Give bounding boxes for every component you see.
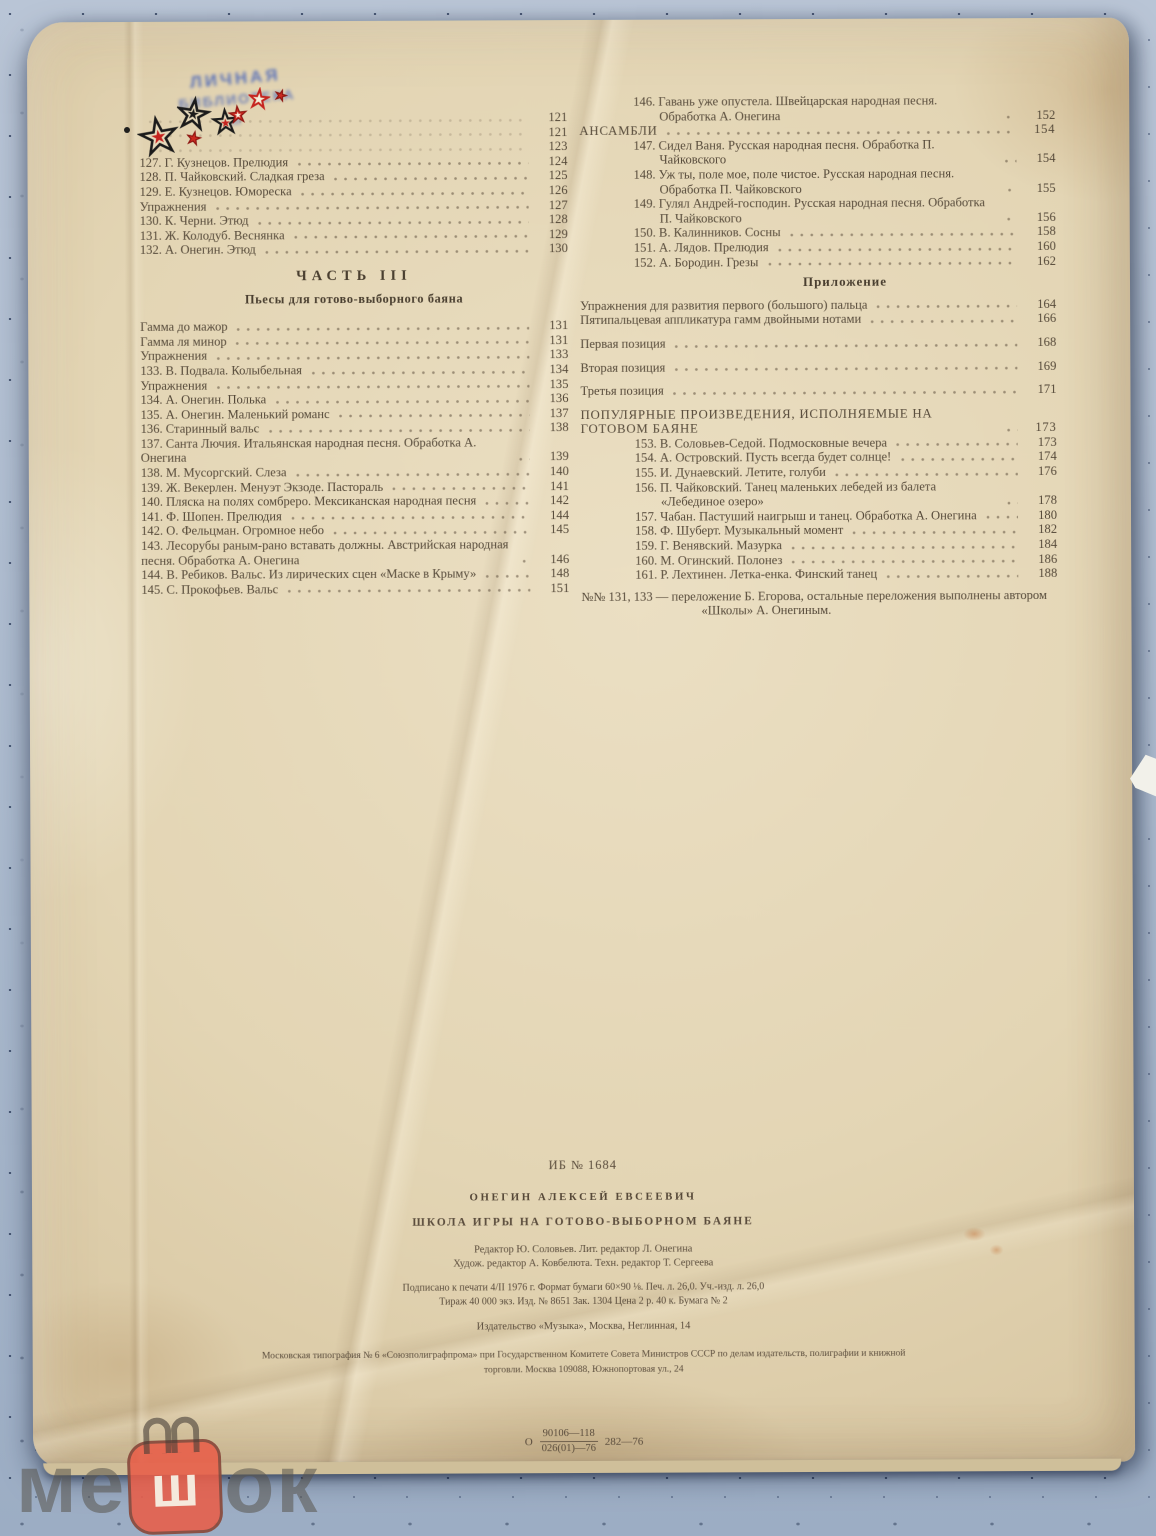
- toc-entry-text: 145. С. Прокофьев. Вальс: [141, 582, 278, 597]
- imprint-line: Издательство «Музыка», Москва, Неглинная…: [184, 1318, 984, 1335]
- imprint-line: ОНЕГИН АЛЕКСЕЙ ЕВСЕЕВИЧ: [183, 1188, 983, 1205]
- toc-entry-text: Гамма ля минор: [140, 334, 226, 349]
- toc-entry-text: Упражнения: [140, 378, 207, 393]
- book-page: 121 121 123 127. Г. Кузнецов. Прелюдия 1…: [27, 18, 1135, 1467]
- toc-entry-page: 169: [1022, 358, 1056, 373]
- imprint-line: Московская типография № 6 «Союзполиграфп…: [254, 1347, 914, 1379]
- toc-entry-text: 137. Санта Лючия. Итальянская народная п…: [141, 435, 510, 466]
- toc-entry-text: ПОПУЛЯРНЫЕ ПРОИЗВЕДЕНИЯ, ИСПОЛНЯЕМЫЕ НА …: [581, 406, 999, 437]
- dot-leader: [673, 390, 1018, 396]
- dot-leader: [148, 147, 528, 153]
- toc-entry-page: 156: [1022, 210, 1056, 225]
- toc-entry-text: 152. А. Бородин. Грезы: [580, 255, 759, 270]
- toc-entry-page: 140: [535, 464, 569, 479]
- imprint-line-text: ИБ № 1684: [549, 1158, 617, 1172]
- imprint-line: Худож. редактор А. Ковбелюта. Техн. реда…: [183, 1255, 983, 1272]
- dot-leader: [790, 232, 1017, 237]
- dot-leader: [778, 247, 1017, 252]
- toc-entry: Пьесы для готово-выборного баяна: [140, 291, 568, 307]
- dot-leader: [675, 343, 1018, 348]
- toc-entry-text: 151. А. Лядов. Прелюдия: [580, 240, 769, 255]
- code-fraction: 90106—118 026(01)—76: [540, 1428, 598, 1455]
- watermark-text-bag: ш: [150, 1457, 200, 1517]
- shopping-bag-icon: ш: [127, 1438, 224, 1535]
- dot-leader: [265, 249, 529, 254]
- toc-entry-text: 146. Гавань уже опустела. Швейцарская на…: [579, 93, 997, 124]
- dot-leader: [1006, 115, 1016, 119]
- dot-leader: [275, 399, 529, 404]
- toc-entry-page: 131: [534, 333, 568, 348]
- toc-entry: 161. Р. Лехтинен. Летка-енка. Финский та…: [581, 566, 1057, 583]
- toc-entry-page: 135: [534, 377, 568, 392]
- dot-leader: [870, 319, 1017, 324]
- toc-entry-page: 180: [1023, 508, 1057, 523]
- cursor-arrow-icon: [1130, 752, 1156, 798]
- dot-leader: [791, 545, 1018, 550]
- toc-entry: 137. Санта Лючия. Итальянская народная п…: [141, 435, 569, 466]
- dot-leader: [852, 530, 1018, 535]
- dot-leader: [886, 574, 1018, 579]
- dot-leader: [1007, 501, 1018, 505]
- dot-leader: [237, 326, 530, 331]
- dot-leader: [296, 472, 530, 477]
- dot-leader: [1007, 428, 1018, 432]
- dot-leader: [791, 559, 1018, 564]
- dot-leader: [667, 130, 1017, 136]
- toc-entry-text: Упражнения для развития первого (большог…: [580, 297, 867, 313]
- toc-entry-page: 154: [1021, 151, 1055, 166]
- bag-handles: [143, 1416, 200, 1452]
- toc-entry-page: 130: [534, 241, 568, 256]
- toc-entry-text: Вторая позиция: [580, 360, 665, 375]
- imprint-line: Тираж 40 000 экз. Изд. № 8651 Зак. 1304 …: [183, 1293, 983, 1310]
- toc-entry-page: 129: [534, 227, 568, 242]
- toc-entry: 147. Сидел Ваня. Русская народная песня.…: [579, 137, 1055, 168]
- imprint-line-text: Подписано к печати 4/II 1976 г. Формат б…: [402, 1281, 764, 1294]
- toc-entry-page: 160: [1022, 239, 1056, 254]
- toc-entry: 146. Гавань уже опустела. Швейцарская на…: [579, 93, 1055, 124]
- toc-entry-text: Пьесы для готово-выборного баяна: [245, 291, 463, 307]
- toc-entry-page: 121: [533, 110, 567, 125]
- toc-entry-text: 140. Пляска на полях сомбреро. Мексиканс…: [141, 494, 476, 510]
- code-numerator: 90106—118: [540, 1428, 598, 1442]
- imprint-line-text: Издательство «Музыка», Москва, Неглинная…: [477, 1321, 691, 1333]
- toc-entry-page: 145: [535, 522, 569, 537]
- toc-entry-page: 127: [534, 198, 568, 213]
- code-prefix: О: [525, 1436, 533, 1448]
- toc-entry-page: 126: [534, 183, 568, 198]
- imprint-line-text: Тираж 40 000 экз. Изд. № 8651 Зак. 1304 …: [439, 1295, 727, 1307]
- toc-entry-page: 139: [535, 450, 569, 465]
- toc-entry: Первая позиция 168: [580, 335, 1056, 352]
- toc-entry-text: 141. Ф. Шопен. Прелюдия: [141, 509, 282, 524]
- toc-entry-page: 138: [535, 420, 569, 435]
- toc-entry-page: 146: [535, 552, 569, 567]
- dot-leader: [1005, 159, 1017, 163]
- colophon-block: ИБ № 1684 ОНЕГИН АЛЕКСЕЙ ЕВСЕЕВИЧ ШКОЛА …: [183, 1156, 984, 1378]
- toc-entry-text: 150. В. Калинников. Сосны: [580, 225, 781, 240]
- toc-entry-text: 157. Чабан. Пастуший наигрыш и танец. Об…: [581, 508, 977, 524]
- toc-entry-text: 154. А. Островский. Пусть всегда будет с…: [581, 450, 892, 466]
- imprint-line: ШКОЛА ИГРЫ НА ГОТОВО-ВЫБОРНОМ БАЯНЕ: [183, 1213, 983, 1230]
- dot-leader: [294, 235, 529, 240]
- dot-leader: [311, 370, 529, 375]
- toc-entry: 143. Лесорубы раным-рано вставать должны…: [141, 537, 569, 568]
- meshok-watermark-logo: ме ш ок: [16, 1438, 319, 1532]
- toc-entry: Приложение: [580, 274, 1056, 291]
- toc-entry: Вторая позиция 169: [580, 358, 1056, 375]
- dot-leader: [900, 457, 1018, 462]
- toc-entry-page: 162: [1022, 253, 1056, 268]
- dot-leader: [392, 486, 530, 491]
- dot-leader: [1007, 217, 1017, 221]
- toc-entry-page: 134: [534, 362, 568, 377]
- toc-entry-page: 136: [534, 391, 568, 406]
- toc-entry-page: 178: [1023, 493, 1057, 508]
- dot-leader: [334, 176, 529, 181]
- dot-leader: [333, 530, 530, 535]
- star-doodle-icon: ★ ★: [247, 87, 271, 113]
- dot-leader: [485, 501, 530, 505]
- dot-leader: [297, 162, 528, 167]
- toc-entry-page: 176: [1023, 464, 1057, 479]
- watermark-text-left: ме: [16, 1445, 126, 1525]
- toc-entry-page: 142: [535, 493, 569, 508]
- imprint-line-text: Редактор Ю. Соловьев. Лит. редактор Л. О…: [474, 1244, 692, 1256]
- toc-entry-page: 171: [1022, 382, 1056, 397]
- dot-leader: [674, 366, 1017, 371]
- star-doodle-icon: ★ ★: [227, 103, 249, 127]
- toc-entry-page: 131: [534, 318, 568, 333]
- toc-entry-page: 152: [1021, 108, 1055, 123]
- toc-entry-text: Упражнения: [140, 349, 207, 364]
- dot-leader: [215, 205, 528, 210]
- toc-entry-text: 159. Г. Венявский. Мазурка: [581, 538, 782, 553]
- toc-entry-text: ЧАСТЬ III: [296, 269, 412, 284]
- toc-entry-text: Пятипальцевая аппликатура гамм двойными …: [580, 312, 861, 328]
- dot-leader: [291, 516, 530, 521]
- toc-entry-text: 128. П. Чайковский. Сладкая греза: [140, 169, 325, 184]
- toc-entry-text: Приложение: [749, 275, 887, 290]
- dot-leader: [287, 589, 530, 594]
- toc-entry-page: 168: [1022, 335, 1056, 350]
- toc-entry-text: Третья позиция: [580, 384, 663, 399]
- toc-entry-text: 142. О. Фельцман. Огромное небо: [141, 524, 324, 539]
- toc-entry-text: №№ 131, 133 — переложение Б. Егорова, ос…: [581, 588, 1057, 619]
- dot-leader: [485, 574, 530, 578]
- dot-leader: [518, 457, 530, 461]
- dot-leader: [876, 304, 1017, 309]
- dot-leader: [522, 559, 530, 563]
- dot-leader: [301, 191, 529, 196]
- toc-entry-page: 141: [535, 479, 569, 494]
- toc-entry-text: 139. Ж. Векерлен. Менуэт Экзоде. Пастора…: [141, 480, 383, 496]
- toc-entry: Третья позиция 171: [580, 382, 1056, 399]
- toc-left-column: 121 121 123 127. Г. Кузнецов. Прелюдия 1…: [139, 110, 569, 597]
- toc-entry-page: 133: [534, 347, 568, 362]
- watermark-text-right: ок: [224, 1445, 319, 1525]
- toc-entry-text: 153. В. Соловьев-Седой. Подмосковные веч…: [581, 436, 887, 452]
- dot-leader: [986, 516, 1018, 520]
- imprint-line-text: Московская типография № 6 «Союзполиграфп…: [262, 1348, 906, 1375]
- toc-entry: 145. С. Прокофьев. Вальс 151: [141, 581, 569, 597]
- toc-entry-page: 164: [1022, 297, 1056, 312]
- toc-entry-page: 124: [533, 154, 567, 169]
- toc-entry: №№ 131, 133 — переложение Б. Егорова, ос…: [581, 588, 1057, 619]
- toc-entry-text: 155. И. Дунаевский. Летите, голуби: [581, 465, 826, 481]
- toc-entry-page: 144: [535, 508, 569, 523]
- toc-entry-text: 138. М. Мусоргский. Слеза: [141, 465, 287, 480]
- toc-entry-text: 156. П. Чайковский. Танец маленьких лебе…: [581, 479, 998, 510]
- toc-entry-text: 135. А. Онегин. Маленький романс: [141, 407, 330, 422]
- toc-entry-page: 158: [1022, 224, 1056, 239]
- toc-entry: 132. А. Онегин. Этюд 130: [140, 241, 568, 257]
- toc-entry: 156. П. Чайковский. Танец маленьких лебе…: [581, 479, 1057, 510]
- toc-entry: 149. Гулял Андрей-господин. Русская наро…: [580, 195, 1056, 226]
- toc-entry: Пятипальцевая аппликатура гамм двойными …: [580, 311, 1056, 328]
- toc-entry-text: 160. М. Огинский. Полонез: [581, 553, 782, 568]
- toc-entry-page: 148: [535, 566, 569, 581]
- toc-right-column: 146. Гавань уже опустела. Швейцарская на…: [579, 93, 1057, 619]
- toc-entry: 148. Уж ты, поле мое, поле чистое. Русск…: [579, 166, 1055, 197]
- toc-entry-page: 166: [1022, 311, 1056, 326]
- dot-leader: [216, 355, 529, 360]
- toc-entry-page: 173: [1023, 435, 1057, 450]
- dot-leader: [896, 443, 1018, 448]
- toc-entry-page: 128: [534, 212, 568, 227]
- toc-entry-text: 129. Е. Кузнецов. Юмореска: [140, 184, 292, 199]
- photo-background: { "decorations": { "star_glyph": "★" }, …: [0, 0, 1156, 1536]
- toc-entry-page: 121: [533, 125, 567, 140]
- toc-entry-text: 143. Лесорубы раным-рано вставать должны…: [141, 537, 513, 568]
- imprint-line-text: Худож. редактор А. Ковбелюта. Техн. реда…: [453, 1257, 713, 1269]
- dot-leader: [1007, 188, 1016, 192]
- toc-entry-page: 173: [1023, 420, 1057, 435]
- ink-dot: [124, 127, 130, 133]
- imprint-line: ИБ № 1684: [183, 1156, 983, 1173]
- imprint-line-text: ШКОЛА ИГРЫ НА ГОТОВО-ВЫБОРНОМ БАЯНЕ: [412, 1215, 753, 1228]
- toc-entry-page: 154: [1021, 122, 1055, 137]
- toc-entry-text: Первая позиция: [580, 337, 665, 352]
- dot-leader: [268, 428, 529, 433]
- toc-entry-page: 123: [533, 139, 567, 154]
- toc-entry-page: 184: [1023, 537, 1057, 552]
- toc-entry-text: 131. Ж. Колодуб. Веснянка: [140, 228, 285, 243]
- toc-entry-page: 155: [1022, 180, 1056, 195]
- toc-entry-text: 148. Уж ты, поле мое, поле чистое. Русск…: [579, 166, 998, 197]
- toc-entry-text: 134. А. Онегин. Полька: [140, 392, 266, 407]
- toc-entry-page: 125: [533, 168, 567, 183]
- imprint-line-text: ОНЕГИН АЛЕКСЕЙ ЕВСЕЕВИЧ: [469, 1191, 696, 1204]
- toc-entry: ЧАСТЬ III: [140, 268, 568, 284]
- toc-entry-text: 133. В. Подвала. Колыбельная: [140, 363, 302, 378]
- toc-entry-page: 174: [1023, 449, 1057, 464]
- dot-leader: [236, 341, 530, 346]
- toc-entry-page: 188: [1023, 566, 1057, 581]
- toc-entry-text: 144. В. Ребиков. Вальс. Из лирических сц…: [141, 567, 476, 583]
- dot-leader: [767, 261, 1017, 266]
- toc-entry: ПОПУЛЯРНЫЕ ПРОИЗВЕДЕНИЯ, ИСПОЛНЯЕМЫЕ НА …: [581, 406, 1057, 437]
- toc-entry-text: 149. Гулял Андрей-господин. Русская наро…: [580, 195, 998, 226]
- dot-leader: [835, 472, 1018, 477]
- toc-entry-text: 147. Сидел Ваня. Русская народная песня.…: [579, 137, 995, 168]
- toc-entry-text: 132. А. Онегин. Этюд: [140, 243, 256, 258]
- toc-entry-text: 136. Старинный вальс: [141, 422, 260, 437]
- dot-leader: [257, 220, 528, 225]
- dot-leader: [216, 384, 529, 389]
- code-suffix: 282—76: [605, 1435, 644, 1447]
- code-denominator: 026(01)—76: [540, 1442, 598, 1455]
- toc-entry-page: 151: [535, 581, 569, 596]
- toc-entry-text: АНСАМБЛИ: [579, 124, 657, 139]
- toc-entry-text: Гамма до мажор: [140, 320, 228, 335]
- toc-entry-text: 161. Р. Лехтинен. Летка-енка. Финский та…: [581, 567, 877, 583]
- dot-leader: [339, 414, 530, 419]
- toc-entry-page: 182: [1023, 522, 1057, 537]
- toc-entry-text: 130. К. Черни. Этюд: [140, 214, 249, 229]
- toc-entry-text: 158. Ф. Шуберт. Музыкальный момент: [581, 523, 843, 539]
- toc-entry-text: Упражнения: [140, 199, 207, 214]
- toc-entry: 152. А. Бородин. Грезы 162: [580, 253, 1056, 270]
- toc-entry-page: 186: [1023, 552, 1057, 567]
- toc-entry-page: 137: [535, 406, 569, 421]
